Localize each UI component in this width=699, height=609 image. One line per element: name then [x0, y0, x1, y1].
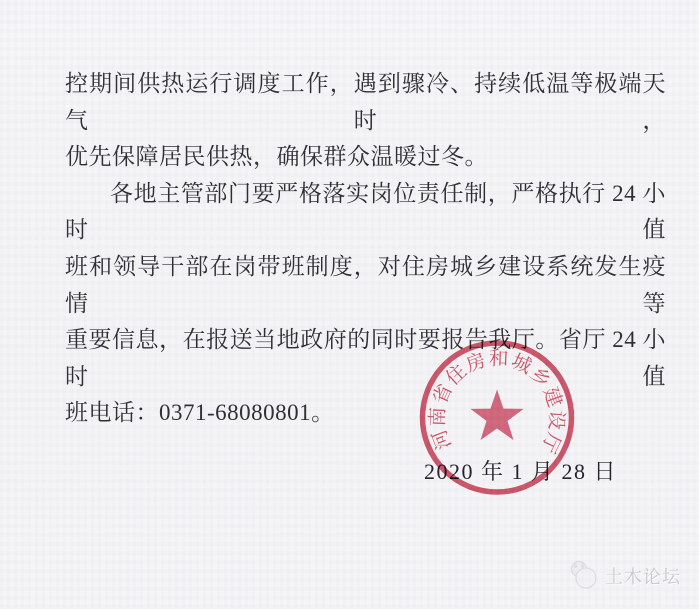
forum-logo-icon — [568, 559, 600, 593]
red-star-icon — [470, 390, 523, 441]
watermark: 土木论坛 — [568, 559, 681, 593]
scanned-document-page: 控期间供热运行调度工作，遇到骤冷、持续低温等极端天气时， 优先保障居民供热，确保… — [0, 0, 699, 609]
body-line-2: 优先保障居民供热，确保群众温暖过冬。 — [65, 139, 666, 176]
official-seal: 河南省住房和城乡建设厅 — [416, 337, 578, 499]
body-line-4: 班和领导干部在岗带班制度，对住房城乡建设系统发生疫情等 — [65, 249, 666, 322]
watermark-text: 土木论坛 — [605, 563, 681, 589]
official-seal-graphic: 河南省住房和城乡建设厅 — [416, 337, 578, 499]
body-line-3: 各地主管部门要严格落实岗位责任制，严格执行 24 小时值 — [65, 176, 666, 249]
body-line-1: 控期间供热运行调度工作，遇到骤冷、持续低温等极端天气时， — [65, 66, 666, 139]
